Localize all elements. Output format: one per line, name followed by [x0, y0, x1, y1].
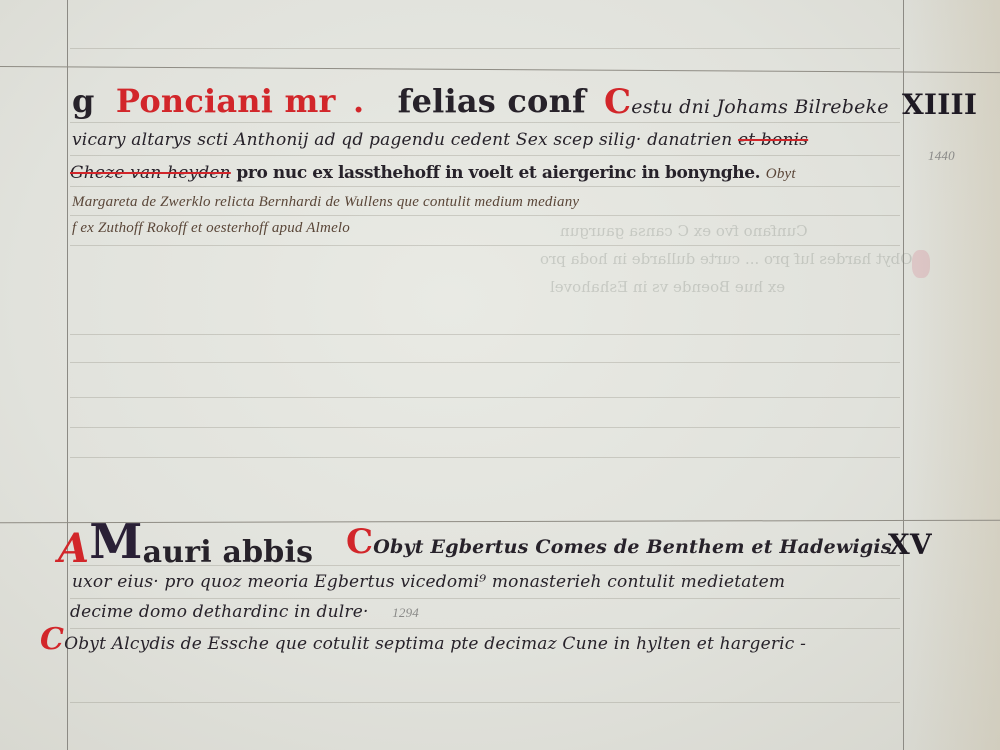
faint-ruling — [70, 702, 900, 703]
red-initial: C — [604, 92, 631, 112]
lower-entry-line2: uxor eius· pro quoz meoria Egbertus vice… — [72, 572, 785, 592]
red-initial: C — [346, 532, 373, 552]
faint-ruling — [70, 427, 900, 428]
lower-entry-line4: CObyt Alcydis de Essche que cotulit sept… — [40, 630, 806, 654]
faint-ruling — [70, 155, 900, 156]
ghost-text: ex hue Boende vs in Eshahovel — [550, 278, 785, 296]
faint-ruling — [70, 245, 900, 246]
line3-text: pro nuc ex lassthehoff in voelt et aierg… — [236, 163, 760, 183]
pencil-date: 1294 — [392, 605, 419, 620]
faint-ruling — [70, 122, 900, 123]
struck-name: Gheze van heyden — [70, 163, 231, 183]
calendar-numeral: XV — [888, 528, 932, 561]
faint-ruling — [70, 48, 900, 49]
upper-entry-line2: vicary altarys scti Anthonij ad qd pagen… — [72, 130, 808, 150]
red-initial: C — [40, 630, 64, 650]
line4-text: Obyt Alcydis de Essche que cotulit septi… — [64, 634, 806, 654]
line1-text: estu dni Johams Bilrebeke — [631, 96, 888, 118]
feast-rest: auri abbis — [143, 535, 314, 570]
faint-ruling — [70, 457, 900, 458]
line2-text: vicary altarys scti Anthonij ad qd pagen… — [72, 130, 732, 150]
calendar-numeral: XIIII — [902, 88, 977, 121]
lower-entry-line1: CObyt Egbertus Comes de Benthem et Hadew… — [346, 532, 892, 558]
faint-ruling — [70, 334, 900, 335]
lower-entry-heading: AMauri abbis — [58, 518, 313, 574]
ghost-red-initial — [912, 250, 930, 278]
lower-entry-line3: decime domo dethardinc in dulre· 1294 — [70, 602, 419, 622]
upper-entry-line3: Gheze van heyden pro nuc ex lassthehoff … — [70, 163, 796, 183]
faint-ruling — [70, 628, 900, 629]
faint-ruling — [70, 598, 900, 599]
faint-ruling — [70, 397, 900, 398]
line1-text: Obyt Egbertus Comes de Benthem et Hadewi… — [373, 536, 891, 558]
faint-ruling — [70, 362, 900, 363]
faint-ruling — [70, 215, 900, 216]
line3-text: decime domo dethardinc in dulre· — [70, 602, 369, 622]
dominical-letter-red: A — [58, 525, 89, 572]
ghost-text: Cunfano fvo ex C cansa gaurgun — [560, 222, 808, 240]
feast-mark: . — [353, 82, 364, 120]
feast-rubric: Ponciani mr — [116, 82, 336, 120]
upper-entry-line1: Cestu dni Johams Bilrebeke — [604, 92, 889, 118]
dominical-letter: g — [72, 82, 95, 120]
obit-word: Obyt — [766, 166, 796, 182]
feast-initial: M — [89, 514, 142, 570]
struck-text: et bonis — [738, 130, 808, 150]
pencil-date: 1440 — [928, 148, 955, 164]
feast-second: felias conf — [398, 82, 586, 120]
top-rule — [0, 66, 1000, 73]
ghost-text: Obyt hardes luf pro ... curte dullarde i… — [540, 250, 912, 268]
upper-entry-heading: g Ponciani mr . felias conf — [72, 82, 586, 120]
upper-entry-line5: f ex Zuthoff Rokoff et oesterhoff apud A… — [72, 220, 350, 237]
upper-entry-line4: Margareta de Zwerklo relicta Bernhardi d… — [72, 194, 579, 211]
faint-ruling — [70, 186, 900, 187]
